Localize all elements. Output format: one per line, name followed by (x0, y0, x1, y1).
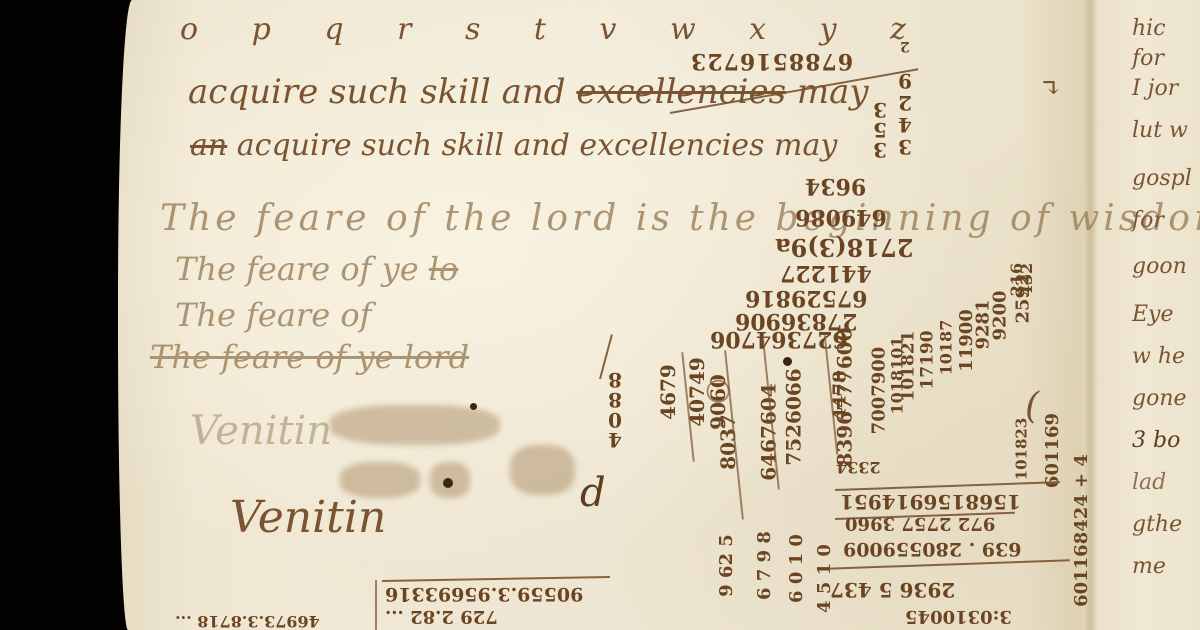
calc-bottom-row: 90559.3.95693316 (385, 583, 583, 605)
calc-triangle-row: 9634 (805, 173, 866, 199)
calc-sum-row: 972 2757 3960 (845, 513, 995, 534)
handwriting-line-2: an acquire such skill and excellencies m… (190, 128, 837, 163)
struck-text: lo (429, 250, 459, 288)
calc-right-column: 1018101 (887, 337, 906, 415)
handwriting-line-3: The feare of the lord is the beginning o… (160, 198, 1200, 239)
calc-bracket-value: 101823 (1012, 418, 1030, 481)
calc-sum-row: 639 . 280559009 (843, 538, 1022, 560)
calc-diagonal-column: 7526066 (782, 368, 806, 465)
signature-smudged: Venitin (190, 408, 332, 454)
digit: 3 (898, 135, 912, 159)
manuscript-photo: o p q r s t v w x y z acquire such skill… (0, 0, 1200, 630)
calc-top-suffix: 2 (900, 38, 910, 54)
circle-mark: ○ (705, 372, 731, 407)
calc-lower-number: 4 5 1 0 (814, 544, 835, 613)
ink-blot (783, 357, 792, 366)
ink-smudge (330, 405, 500, 445)
facing-line: lad (1132, 462, 1200, 504)
handwriting-line-5: The feare of (175, 296, 371, 334)
line-text: such skill and excellencies may (361, 128, 837, 163)
digit: 3 (873, 98, 887, 122)
calc-stack-left: 4 0 8 8 (592, 370, 622, 450)
handwriting-line-6-struck: The feare of ye lord (150, 338, 469, 376)
calc-triangle-row: 627364706 (710, 326, 848, 352)
ink-blot (443, 478, 453, 488)
handwriting-line-1: acquire such skill and excellencies may (188, 72, 869, 112)
struck-text: an (190, 128, 227, 163)
calc-column-right: 3 4 2 9 (898, 70, 912, 158)
facing-line: Eye (1132, 294, 1200, 336)
calc-diagonal-column: 2334 (836, 458, 881, 477)
calc-right-vertical: 601168424 + 4 (1071, 454, 1092, 607)
calc-triangle-row: 441227 (780, 260, 872, 286)
facing-line: goon (1132, 246, 1200, 288)
dark-background (0, 0, 130, 630)
digit: 9 (898, 69, 912, 93)
calc-right-column: 2592 (1013, 273, 1034, 323)
calc-sum-row: 1568156914951 (840, 490, 1021, 514)
facing-line: lut w (1132, 110, 1200, 152)
line-text: The feare of ye (175, 250, 429, 288)
calc-lower-number: 6 7 9 8 (754, 531, 775, 600)
facing-line: I jor (1132, 68, 1200, 110)
facing-line: for (1132, 200, 1200, 242)
calc-bottom-row: 729 2.82 ... (385, 606, 498, 627)
insertion-mark: ↴ (1040, 74, 1062, 104)
struck-text: excellencies (576, 72, 786, 112)
calc-right-column: 10187 (936, 320, 955, 376)
digit: 8 (608, 368, 622, 392)
calc-lower-number: 9 62 5 (716, 534, 737, 597)
facing-line: gthe me (1132, 504, 1200, 588)
calc-right-column: 17190 (918, 330, 938, 389)
calc-column-mid: 3 5 3 (873, 100, 887, 160)
ink-smudge (510, 445, 575, 495)
calc-bracket-value: 601169 (1042, 413, 1063, 488)
line-text: acquire (227, 128, 361, 163)
alphabet-line: o p q r s t v w x y z (180, 12, 928, 47)
ink-blot (470, 403, 477, 410)
facing-line: 3 bo (1132, 420, 1200, 462)
calc-top-product: 6788516723 (690, 48, 853, 74)
line-text: acquire such skill and (188, 72, 576, 112)
digit: 2 (898, 91, 912, 115)
margin-mark: d (580, 470, 606, 516)
facing-line: gospl (1132, 158, 1200, 200)
calc-right-column: 7007900 (868, 347, 889, 435)
signature-clear: Venitin (230, 492, 386, 543)
facing-line: gone (1132, 378, 1200, 420)
calc-lower-number: 6 0 1 0 (786, 534, 807, 603)
handwriting-line-4: The feare of ye lo (175, 250, 458, 288)
calc-sum-row: 2936 5 437 (830, 578, 955, 602)
calc-triangle-row: 2718(3)9a (775, 233, 913, 262)
calc-triangle-row: 649086 (795, 204, 887, 230)
calc-bottom-row: 46973.3.8718 ... (175, 612, 320, 630)
facing-line: w he (1132, 336, 1200, 378)
digit: 4 (898, 113, 912, 137)
calc-right-column: 11900 (956, 309, 977, 372)
calc-divider (375, 580, 377, 630)
calc-bottom-right: 3:0310045 (905, 606, 1012, 627)
calc-diagonal-column: 4679 (656, 364, 680, 420)
facing-page-text: hic for I jor lut w gospl for goon Eye w… (1132, 8, 1200, 588)
